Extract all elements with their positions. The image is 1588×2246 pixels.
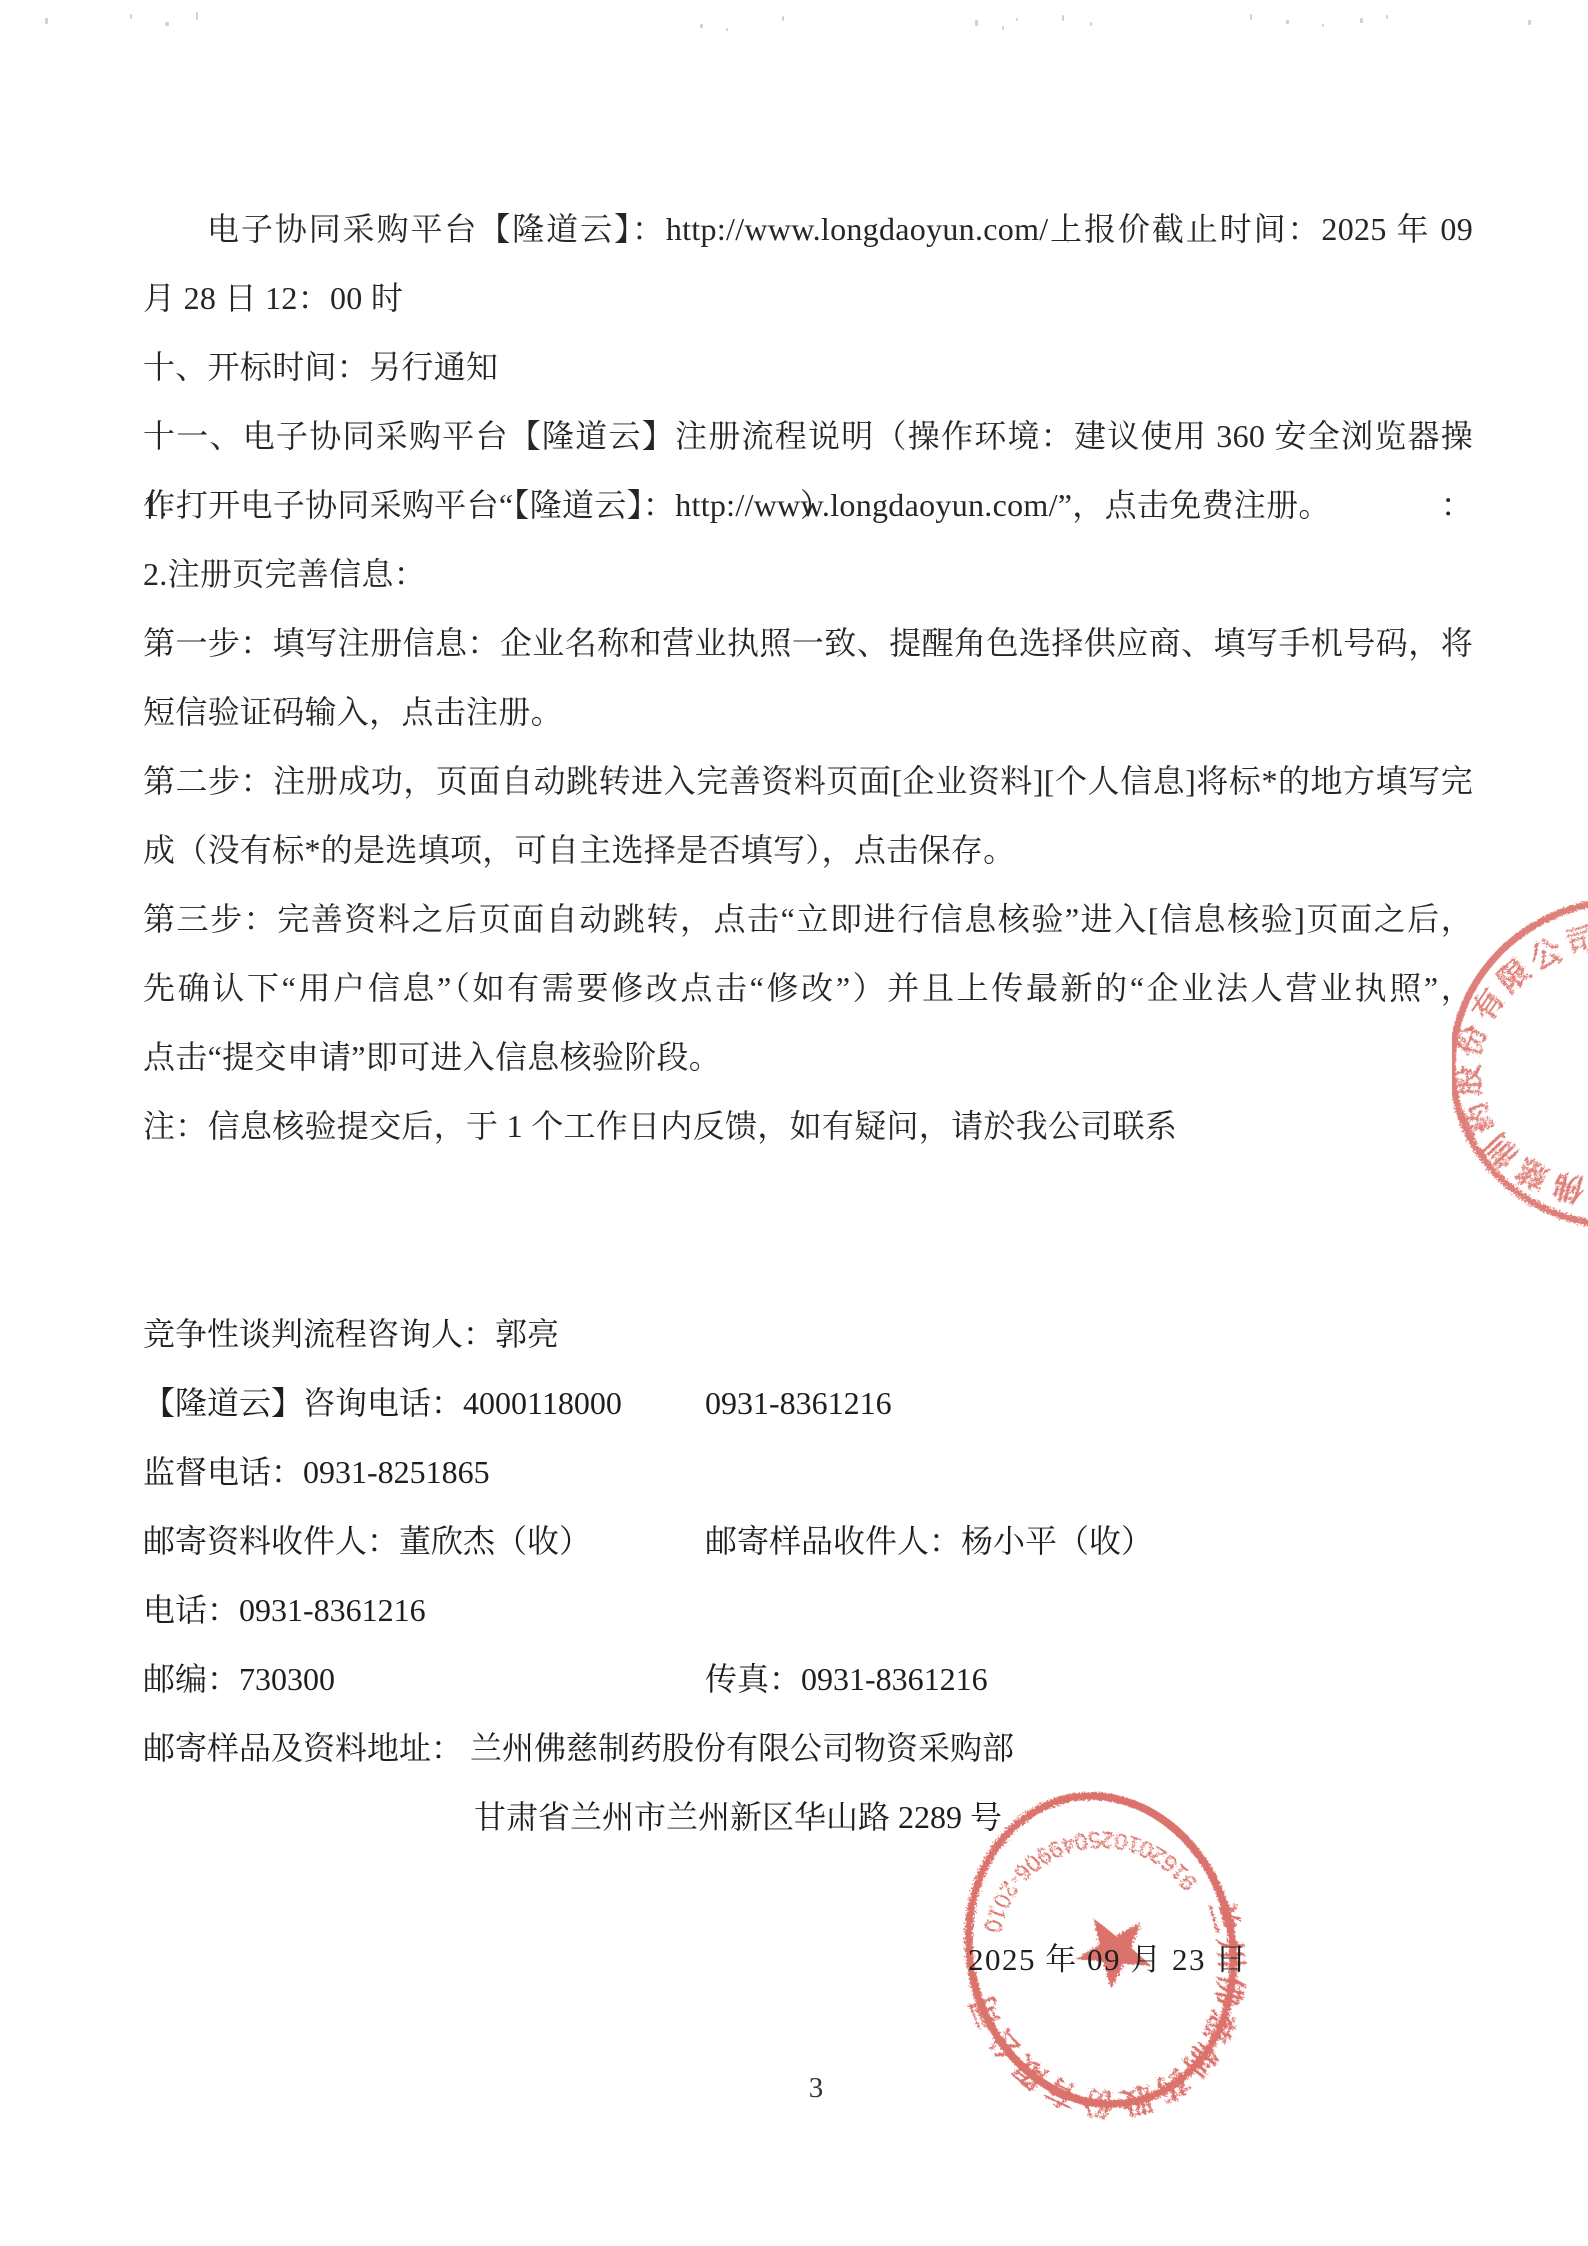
partial-stamp-text: 兰州佛慈制药股份有限公司 xyxy=(1452,917,1588,1237)
scan-speck xyxy=(726,28,728,31)
body-line: 注：信息核验提交后，于 1 个工作日内反馈，如有疑问，请於我公司联系 xyxy=(143,1092,1473,1161)
mail-address-line: 邮寄样品及资料地址： 兰州佛慈制药股份有限公司物资采购部 xyxy=(143,1714,1523,1783)
body-line: 第二步：注册成功，页面自动跳转进入完善资料页面[企业资料][个人信息]将标*的地… xyxy=(143,747,1473,816)
scan-speck xyxy=(1250,14,1252,20)
scan-speck xyxy=(1286,20,1289,24)
document-body: 电子协同采购平台【隆道云】：http://www.longdaoyun.com/… xyxy=(143,195,1473,1161)
partial-edge-stamp: 兰州佛慈制药股份有限公司 xyxy=(1452,885,1588,1265)
scan-speck xyxy=(1016,18,1018,21)
longdaoyun-phone-line: 【隆道云】咨询电话：4000118000 0931-8361216 xyxy=(143,1369,1523,1438)
contact-block: 竞争性谈判流程咨询人：郭亮 【隆道云】咨询电话：4000118000 0931-… xyxy=(143,1300,1523,1852)
body-line: 第三步：完善资料之后页面自动跳转，点击“立即进行信息核验”进入[信息核验]页面之… xyxy=(143,885,1473,954)
scan-speck xyxy=(45,18,48,24)
scan-speck xyxy=(1090,22,1092,26)
scan-speck xyxy=(975,20,978,26)
mail-samples-recipient: 邮寄样品收件人：杨小平（收） xyxy=(705,1507,1153,1576)
scan-speck xyxy=(1386,15,1388,19)
scan-speck xyxy=(700,24,703,28)
body-line: 点击“提交申请”即可进入信息核验阶段。 xyxy=(143,1023,1473,1092)
scan-speck xyxy=(165,22,169,26)
mail-recipients-line: 邮寄资料收件人：董欣杰（收） 邮寄样品收件人：杨小平（收） xyxy=(143,1507,1523,1576)
supervision-phone-line: 监督电话：0931-8251865 xyxy=(143,1438,1523,1507)
mail-address-line2: 甘肃省兰州市兰州新区华山路 2289 号 xyxy=(143,1783,1523,1852)
body-line: 1. 打开电子协同采购平台“【隆道云】：http://www.longdaoyu… xyxy=(143,471,1473,540)
partial-stamp-textpath: 兰州佛慈制药股份有限公司 xyxy=(1452,917,1588,1237)
body-line: 2.注册页完善信息： xyxy=(143,540,1473,609)
mail-address-label: 邮寄样品及资料地址： xyxy=(143,1730,463,1766)
body-line: 月 28 日 12：00 时 xyxy=(143,264,1473,333)
body-line: 十、开标时间：另行通知 xyxy=(143,333,1473,402)
page-number: 3 xyxy=(796,2072,836,2105)
body-line: 先确认下“用户信息”（如有需要修改点击“修改”）并且上传最新的“企业法人营业执照… xyxy=(143,954,1473,1023)
body-line: 成（没有标*的是选填项，可自主选择是否填写），点击保存。 xyxy=(143,816,1473,885)
scan-speck xyxy=(1062,15,1064,21)
scan-speck xyxy=(1002,26,1004,30)
postcode-fax-line: 邮编：730300 传真：0931-8361216 xyxy=(143,1645,1523,1714)
scan-speck xyxy=(196,12,198,20)
mail-docs-recipient: 邮寄资料收件人：董欣杰（收） xyxy=(143,1523,591,1559)
body-line: 第一步：填写注册信息：企业名称和营业执照一致、提醒角色选择供应商、填写手机号码，… xyxy=(143,609,1473,678)
body-line: 电子协同采购平台【隆道云】：http://www.longdaoyun.com/… xyxy=(143,195,1473,264)
body-line: 十一、电子协同采购平台【隆道云】注册流程说明（操作环境：建议使用 360 安全浏… xyxy=(143,402,1473,471)
mail-address-value: 兰州佛慈制药股份有限公司物资采购部 xyxy=(470,1714,1014,1783)
scan-speck xyxy=(1360,18,1363,23)
consultant-line: 竞争性谈判流程咨询人：郭亮 xyxy=(143,1300,1523,1369)
longdaoyun-phone-main: 【隆道云】咨询电话：4000118000 xyxy=(143,1385,622,1421)
scan-speck xyxy=(782,16,784,21)
scan-speck xyxy=(1528,20,1531,25)
scan-speck xyxy=(130,14,132,19)
fax: 传真：0931-8361216 xyxy=(705,1645,988,1714)
stamp-date: 2025 年 09 月 23 日 xyxy=(968,1938,1248,1982)
body-line: 短信验证码输入，点击注册。 xyxy=(143,678,1473,747)
scanned-document-page: 电子协同采购平台【隆道云】：http://www.longdaoyun.com/… xyxy=(0,0,1588,2246)
longdaoyun-phone-alt: 0931-8361216 xyxy=(705,1369,892,1438)
scan-speck xyxy=(1322,24,1324,27)
postcode: 邮编：730300 xyxy=(143,1661,335,1697)
phone-line: 电话：0931-8361216 xyxy=(143,1576,1523,1645)
